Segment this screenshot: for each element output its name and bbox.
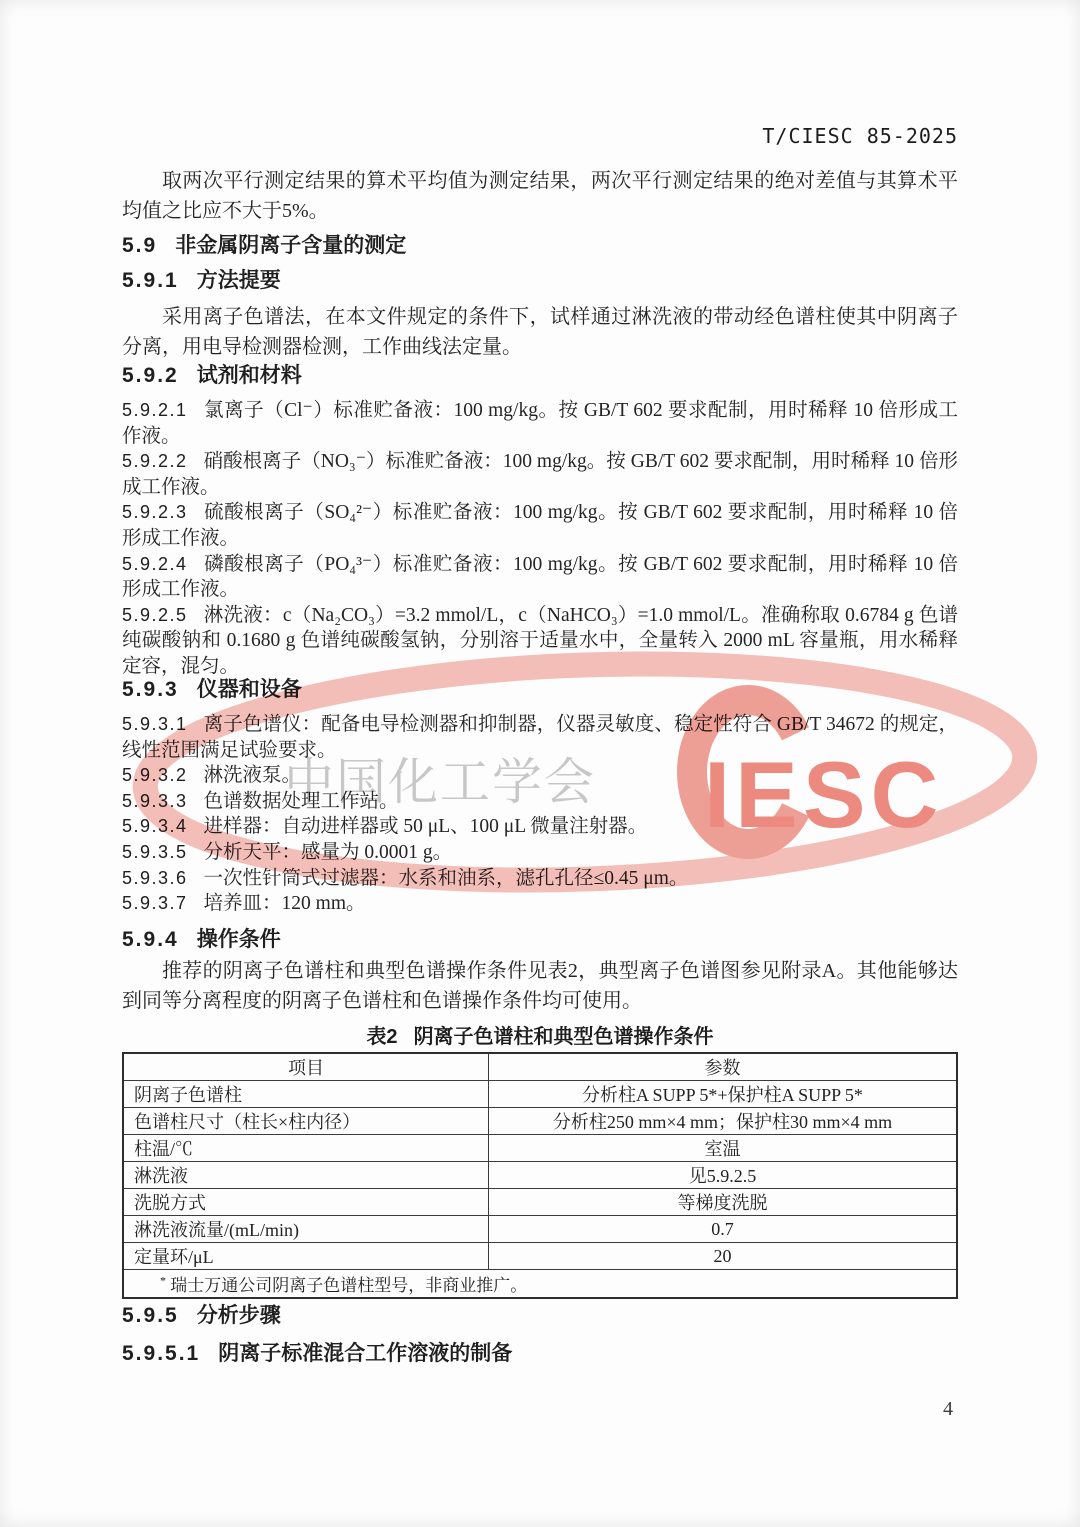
clause-5-9-3-2: 5.9.3.2淋洗液泵。 <box>122 763 958 789</box>
clause-text: 培养皿：120 mm。 <box>204 893 366 914</box>
clauses-5-9-3: 5.9.3.1离子色谱仪：配备电导检测器和抑制器，仪器灵敏度、稳定性符合 GB/… <box>122 712 958 917</box>
clause-5-9-3-4: 5.9.3.4进样器：自动进样器或 50 μL、100 μL 微量注射器。 <box>122 814 958 840</box>
row-label: 柱温/℃ <box>123 1135 489 1162</box>
heading-5-9-5: 5.9.5分析步骤 <box>122 1302 958 1330</box>
clause-number: 5.9.2.4 <box>122 554 188 574</box>
heading-number: 5.9.1 <box>122 269 179 292</box>
clause-text: 淋洗液泵。 <box>204 765 302 786</box>
table-footnote: * 瑞士万通公司阴离子色谱柱型号，非商业推广。 <box>123 1270 957 1299</box>
clause-text: 氯离子（Cl⁻）标准贮备液：100 mg/kg。按 GB/T 602 要求配制，… <box>122 400 958 447</box>
doc-code-header: T/CIESC 85-2025 <box>762 124 958 148</box>
clause-5-9-3-5: 5.9.3.5分析天平：感量为 0.0001 g。 <box>122 840 958 866</box>
table-2: 项目 参数 阴离子色谱柱 分析柱A SUPP 5*+保护柱A SUPP 5* 色… <box>122 1052 958 1299</box>
table-row: 色谱柱尺寸（柱长×柱内径） 分析柱250 mm×4 mm；保护柱30 mm×4 … <box>123 1108 957 1135</box>
heading-number: 5.9 <box>122 234 157 257</box>
row-value: 0.7 <box>489 1216 958 1243</box>
row-value: 等梯度洗脱 <box>489 1189 958 1216</box>
clause-number: 5.9.3.3 <box>122 791 188 811</box>
row-label: 洗脱方式 <box>123 1189 489 1216</box>
footnote-text: 瑞士万通公司阴离子色谱柱型号，非商业推广。 <box>170 1276 527 1295</box>
row-value: 分析柱250 mm×4 mm；保护柱30 mm×4 mm <box>489 1108 958 1135</box>
clause-5-9-3-6: 5.9.3.6一次性针筒式过滤器：水系和油系，滤孔孔径≤0.45 μm。 <box>122 866 958 892</box>
clause-5-9-2-5: 5.9.2.5淋洗液：c（Na₂CO₃）=3.2 mmol/L，c（NaHCO₃… <box>122 603 958 680</box>
table-footnote-row: * 瑞士万通公司阴离子色谱柱型号，非商业推广。 <box>123 1270 957 1299</box>
heading-title: 非金属阴离子含量的测定 <box>175 234 406 257</box>
clause-5-9-3-3: 5.9.3.3色谱数据处理工作站。 <box>122 789 958 815</box>
paragraph-method-summary: 采用离子色谱法，在本文件规定的条件下，试样通过淋洗液的带动经色谱柱使其中阴离子分… <box>122 302 958 362</box>
heading-5-9-3: 5.9.3仪器和设备 <box>122 676 958 704</box>
heading-5-9: 5.9非金属阴离子含量的测定 <box>122 232 958 260</box>
table-row: 柱温/℃ 室温 <box>123 1135 957 1162</box>
paragraph-precision: 取两次平行测定结果的算术平均值为测定结果，两次平行测定结果的绝对差值与其算术平均… <box>122 166 958 226</box>
clause-text: 淋洗液：c（Na₂CO₃）=3.2 mmol/L，c（NaHCO₃）=1.0 m… <box>122 605 958 677</box>
page-number: 4 <box>943 1398 953 1421</box>
footnote-marker: * <box>160 1273 166 1287</box>
row-label: 淋洗液流量/(mL/min) <box>123 1216 489 1243</box>
row-label: 淋洗液 <box>123 1162 489 1189</box>
heading-number: 5.9.5 <box>122 1304 179 1327</box>
table-row: 阴离子色谱柱 分析柱A SUPP 5*+保护柱A SUPP 5* <box>123 1081 957 1108</box>
clause-text: 硝酸根离子（NO₃⁻）标准贮备液：100 mg/kg。按 GB/T 602 要求… <box>122 451 958 498</box>
table-2-caption: 表2阴离子色谱柱和典型色谱操作条件 <box>122 1020 958 1049</box>
clause-number: 5.9.3.4 <box>122 816 188 836</box>
clause-5-9-2-3: 5.9.2.3硫酸根离子（SO₄²⁻）标准贮备液：100 mg/kg。按 GB/… <box>122 500 958 551</box>
clause-number: 5.9.3.2 <box>122 765 188 785</box>
clause-number: 5.9.3.5 <box>122 842 188 862</box>
clause-number: 5.9.3.6 <box>122 868 188 888</box>
table-header-row: 项目 参数 <box>123 1053 957 1081</box>
table-row: 定量环/μL 20 <box>123 1243 957 1270</box>
clause-text: 磷酸根离子（PO₄³⁻）标准贮备液：100 mg/kg。按 GB/T 602 要… <box>122 554 958 601</box>
clause-number: 5.9.3.1 <box>122 714 188 734</box>
column-header-parameter: 参数 <box>489 1053 958 1081</box>
row-value: 分析柱A SUPP 5*+保护柱A SUPP 5* <box>489 1081 958 1108</box>
row-label: 色谱柱尺寸（柱长×柱内径） <box>123 1108 489 1135</box>
clauses-5-9-2: 5.9.2.1氯离子（Cl⁻）标准贮备液：100 mg/kg。按 GB/T 60… <box>122 398 958 680</box>
heading-title: 操作条件 <box>197 928 281 951</box>
heading-number: 5.9.2 <box>122 364 179 387</box>
row-value: 室温 <box>489 1135 958 1162</box>
clause-text: 分析天平：感量为 0.0001 g。 <box>204 842 453 863</box>
clause-number: 5.9.2.5 <box>122 605 188 625</box>
heading-number: 5.9.5.1 <box>122 1342 200 1365</box>
clause-number: 5.9.2.2 <box>122 451 188 471</box>
heading-title: 分析步骤 <box>197 1304 281 1327</box>
heading-5-9-4: 5.9.4操作条件 <box>122 926 958 954</box>
heading-title: 方法提要 <box>197 269 281 292</box>
table-caption-title: 阴离子色谱柱和典型色谱操作条件 <box>414 1026 714 1048</box>
row-value: 20 <box>489 1243 958 1270</box>
row-label: 定量环/μL <box>123 1243 489 1270</box>
clause-text: 一次性针筒式过滤器：水系和油系，滤孔孔径≤0.45 μm。 <box>204 868 689 889</box>
clause-text: 进样器：自动进样器或 50 μL、100 μL 微量注射器。 <box>204 816 648 837</box>
heading-title: 试剂和材料 <box>197 364 302 387</box>
clause-number: 5.9.2.3 <box>122 502 188 522</box>
clause-5-9-3-1: 5.9.3.1离子色谱仪：配备电导检测器和抑制器，仪器灵敏度、稳定性符合 GB/… <box>122 712 958 763</box>
heading-number: 5.9.3 <box>122 678 179 701</box>
document-page: T/CIESC 85-2025 取两次平行测定结果的算术平均值为测定结果，两次平… <box>0 0 1080 1527</box>
clause-5-9-2-1: 5.9.2.1氯离子（Cl⁻）标准贮备液：100 mg/kg。按 GB/T 60… <box>122 398 958 449</box>
clause-text: 离子色谱仪：配备电导检测器和抑制器，仪器灵敏度、稳定性符合 GB/T 34672… <box>122 714 958 761</box>
heading-5-9-2: 5.9.2试剂和材料 <box>122 362 958 390</box>
column-header-item: 项目 <box>123 1053 489 1081</box>
table-row: 淋洗液流量/(mL/min) 0.7 <box>123 1216 957 1243</box>
clause-5-9-3-7: 5.9.3.7培养皿：120 mm。 <box>122 891 958 917</box>
heading-title: 阴离子标准混合工作溶液的制备 <box>218 1342 512 1365</box>
heading-number: 5.9.4 <box>122 928 179 951</box>
table-row: 洗脱方式 等梯度洗脱 <box>123 1189 957 1216</box>
row-value: 见5.9.2.5 <box>489 1162 958 1189</box>
paragraph-operating-conditions: 推荐的阴离子色谱柱和典型色谱操作条件见表2，典型离子色谱图参见附录A。其他能够达… <box>122 956 958 1016</box>
heading-5-9-5-1: 5.9.5.1阴离子标准混合工作溶液的制备 <box>122 1340 958 1368</box>
heading-5-9-1: 5.9.1方法提要 <box>122 267 958 295</box>
clause-number: 5.9.2.1 <box>122 400 188 420</box>
clause-text: 硫酸根离子（SO₄²⁻）标准贮备液：100 mg/kg。按 GB/T 602 要… <box>122 502 958 549</box>
clause-5-9-2-2: 5.9.2.2硝酸根离子（NO₃⁻）标准贮备液：100 mg/kg。按 GB/T… <box>122 449 958 500</box>
clause-5-9-2-4: 5.9.2.4磷酸根离子（PO₄³⁻）标准贮备液：100 mg/kg。按 GB/… <box>122 552 958 603</box>
table-row: 淋洗液 见5.9.2.5 <box>123 1162 957 1189</box>
row-label: 阴离子色谱柱 <box>123 1081 489 1108</box>
clause-number: 5.9.3.7 <box>122 893 188 913</box>
clause-text: 色谱数据处理工作站。 <box>204 791 399 812</box>
table-caption-label: 表2 <box>366 1026 397 1048</box>
heading-title: 仪器和设备 <box>197 678 302 701</box>
